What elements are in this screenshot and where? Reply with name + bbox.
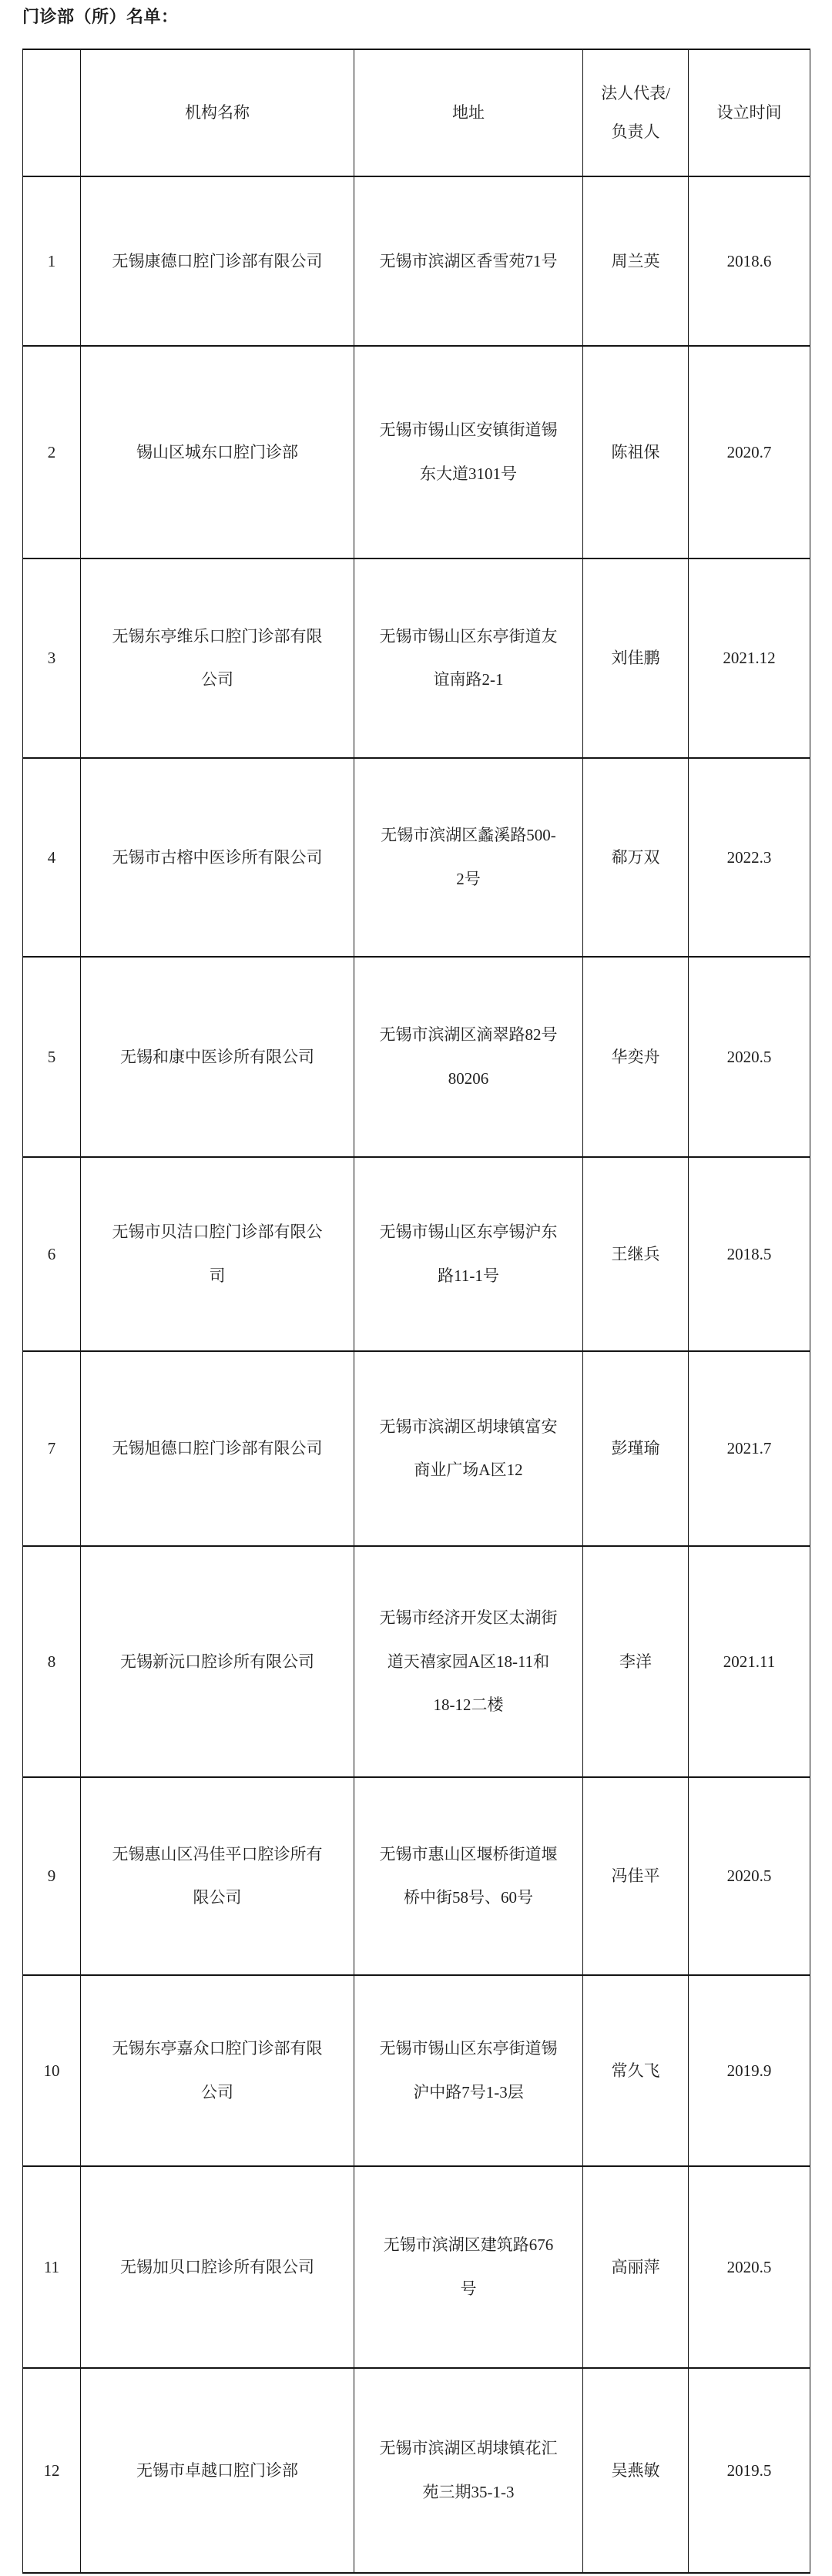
table-row: 7 无锡旭德口腔门诊部有限公司 无锡市滨湖区胡埭镇富安商业广场A区12 彭瑾瑜 … — [23, 1351, 810, 1546]
table-row: 4 无锡市古榕中医诊所有限公司 无锡市滨湖区蠡溪路500-2号 郗万双 2022… — [23, 758, 810, 957]
table-row: 10 无锡东亭嘉众口腔门诊部有限公司 无锡市锡山区东亭街道锡沪中路7号1-3层 … — [23, 1975, 810, 2166]
org-date: 2021.11 — [689, 1546, 810, 1777]
org-date: 2021.12 — [689, 558, 810, 758]
org-address: 无锡市锡山区安镇街道锡东大道3101号 — [354, 346, 583, 558]
row-number: 10 — [23, 1975, 81, 2166]
org-address: 无锡市锡山区东亭锡沪东路11-1号 — [354, 1157, 583, 1351]
org-date: 2019.5 — [689, 2368, 810, 2573]
org-name: 无锡新沅口腔诊所有限公司 — [81, 1546, 354, 1777]
row-number: 2 — [23, 346, 81, 558]
table-header-row: 机构名称 地址 法人代表/负责人 设立时间 — [23, 49, 810, 176]
table-row: 11 无锡加贝口腔诊所有限公司 无锡市滨湖区建筑路676号 高丽萍 2020.5 — [23, 2166, 810, 2368]
org-name: 锡山区城东口腔门诊部 — [81, 346, 354, 558]
org-date: 2020.7 — [689, 346, 810, 558]
header-setup-date: 设立时间 — [689, 49, 810, 176]
org-address: 无锡市滨湖区建筑路676号 — [354, 2166, 583, 2368]
org-person: 高丽萍 — [583, 2166, 689, 2368]
table-row: 6 无锡市贝洁口腔门诊部有限公司 无锡市锡山区东亭锡沪东路11-1号 王继兵 2… — [23, 1157, 810, 1351]
org-person: 吴燕敏 — [583, 2368, 689, 2573]
org-person: 彭瑾瑜 — [583, 1351, 689, 1546]
org-name: 无锡市贝洁口腔门诊部有限公司 — [81, 1157, 354, 1351]
header-legal-person: 法人代表/负责人 — [583, 49, 689, 176]
org-person: 冯佳平 — [583, 1777, 689, 1975]
row-number: 4 — [23, 758, 81, 957]
document-page: 门诊部（所）名单： 机构名称 地址 法人代表/负责人 设立时间 1 无锡康德口腔… — [0, 0, 832, 2576]
org-name: 无锡市古榕中医诊所有限公司 — [81, 758, 354, 957]
row-number: 8 — [23, 1546, 81, 1777]
org-name: 无锡东亭维乐口腔门诊部有限公司 — [81, 558, 354, 758]
org-date: 2018.5 — [689, 1157, 810, 1351]
row-number: 12 — [23, 2368, 81, 2573]
org-date: 2022.3 — [689, 758, 810, 957]
org-person: 王继兵 — [583, 1157, 689, 1351]
org-address: 无锡市惠山区堰桥街道堰桥中街58号、60号 — [354, 1777, 583, 1975]
row-number: 11 — [23, 2166, 81, 2368]
org-address: 无锡市经济开发区太湖街道天禧家园A区18-11和18-12二楼 — [354, 1546, 583, 1777]
org-date: 2020.5 — [689, 2166, 810, 2368]
table-row: 12 无锡市卓越口腔门诊部 无锡市滨湖区胡埭镇花汇苑三期35-1-3 吴燕敏 2… — [23, 2368, 810, 2573]
org-address: 无锡市滨湖区胡埭镇富安商业广场A区12 — [354, 1351, 583, 1546]
row-number: 3 — [23, 558, 81, 758]
table-row: 1 无锡康德口腔门诊部有限公司 无锡市滨湖区香雪苑71号 周兰英 2018.6 — [23, 176, 810, 346]
org-address: 无锡市滨湖区滴翠路82号80206 — [354, 957, 583, 1157]
table-row: 9 无锡惠山区冯佳平口腔诊所有限公司 无锡市惠山区堰桥街道堰桥中街58号、60号… — [23, 1777, 810, 1975]
org-address: 无锡市滨湖区蠡溪路500-2号 — [354, 758, 583, 957]
org-name: 无锡和康中医诊所有限公司 — [81, 957, 354, 1157]
org-name: 无锡市卓越口腔门诊部 — [81, 2368, 354, 2573]
clinic-list-table: 机构名称 地址 法人代表/负责人 设立时间 1 无锡康德口腔门诊部有限公司 无锡… — [22, 49, 810, 2574]
org-date: 2020.5 — [689, 957, 810, 1157]
row-number: 7 — [23, 1351, 81, 1546]
header-org-name: 机构名称 — [81, 49, 354, 176]
row-number: 1 — [23, 176, 81, 346]
row-number: 5 — [23, 957, 81, 1157]
org-date: 2020.5 — [689, 1777, 810, 1975]
org-person: 常久飞 — [583, 1975, 689, 2166]
org-person: 华奕舟 — [583, 957, 689, 1157]
org-person: 周兰英 — [583, 176, 689, 346]
table-row: 2 锡山区城东口腔门诊部 无锡市锡山区安镇街道锡东大道3101号 陈祖保 202… — [23, 346, 810, 558]
org-name: 无锡康德口腔门诊部有限公司 — [81, 176, 354, 346]
header-address: 地址 — [354, 49, 583, 176]
org-name: 无锡惠山区冯佳平口腔诊所有限公司 — [81, 1777, 354, 1975]
org-person: 郗万双 — [583, 758, 689, 957]
org-date: 2018.6 — [689, 176, 810, 346]
org-date: 2019.9 — [689, 1975, 810, 2166]
table-row: 5 无锡和康中医诊所有限公司 无锡市滨湖区滴翠路82号80206 华奕舟 202… — [23, 957, 810, 1157]
org-name: 无锡加贝口腔诊所有限公司 — [81, 2166, 354, 2368]
org-address: 无锡市滨湖区胡埭镇花汇苑三期35-1-3 — [354, 2368, 583, 2573]
page-title: 门诊部（所）名单： — [22, 5, 810, 29]
org-address: 无锡市滨湖区香雪苑71号 — [354, 176, 583, 346]
org-address: 无锡市锡山区东亭街道锡沪中路7号1-3层 — [354, 1975, 583, 2166]
org-person: 李洋 — [583, 1546, 689, 1777]
org-person: 刘佳鹏 — [583, 558, 689, 758]
table-row: 3 无锡东亭维乐口腔门诊部有限公司 无锡市锡山区东亭街道友谊南路2-1 刘佳鹏 … — [23, 558, 810, 758]
row-number: 6 — [23, 1157, 81, 1351]
org-date: 2021.7 — [689, 1351, 810, 1546]
org-name: 无锡东亭嘉众口腔门诊部有限公司 — [81, 1975, 354, 2166]
table-row: 8 无锡新沅口腔诊所有限公司 无锡市经济开发区太湖街道天禧家园A区18-11和1… — [23, 1546, 810, 1777]
org-person: 陈祖保 — [583, 346, 689, 558]
row-number: 9 — [23, 1777, 81, 1975]
header-index — [23, 49, 81, 176]
org-address: 无锡市锡山区东亭街道友谊南路2-1 — [354, 558, 583, 758]
org-name: 无锡旭德口腔门诊部有限公司 — [81, 1351, 354, 1546]
